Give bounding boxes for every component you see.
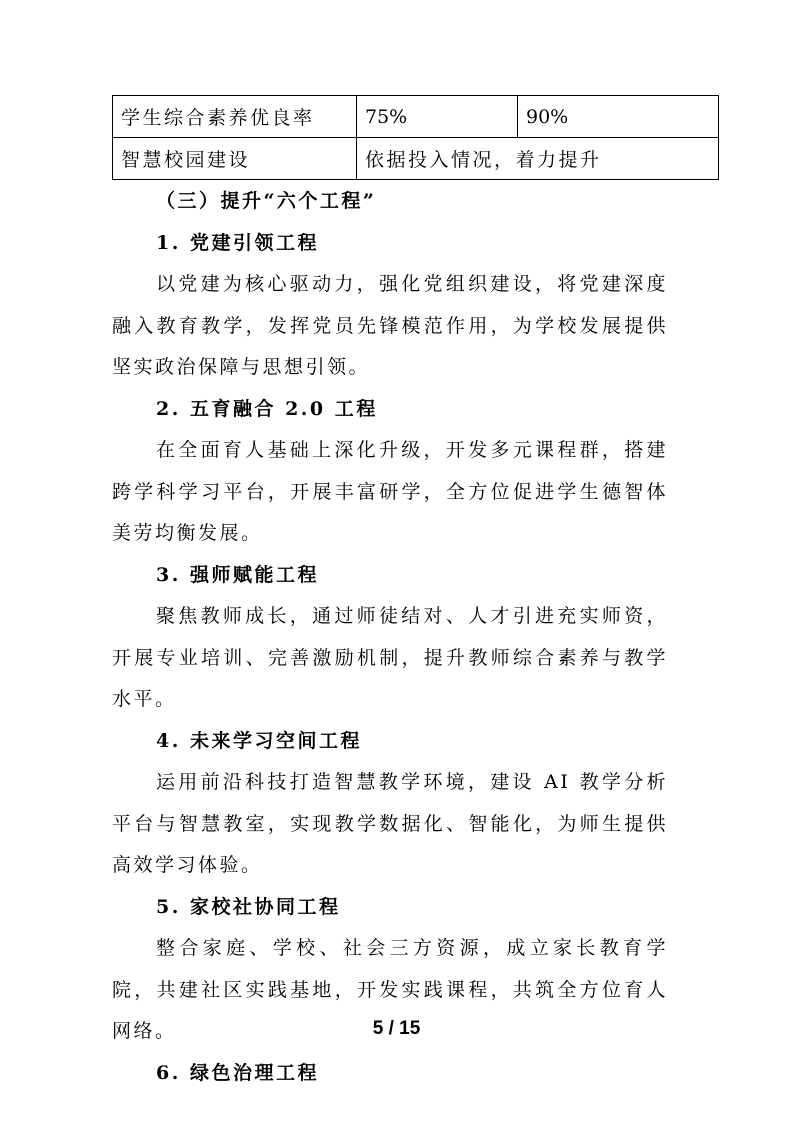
project-body-2: 在全面育人基础上深化升级，开发多元课程群，搭建跨学科学习平台，开展丰富研学，全方… [112, 430, 668, 555]
document-content: 学生综合素养优良率 75% 90% 智慧校园建设 依据投入情况，着力提升 （三）… [112, 95, 668, 1094]
table-cell-current-value: 75% [357, 96, 518, 138]
table-row: 学生综合素养优良率 75% 90% [113, 96, 719, 138]
project-heading-6: 6. 绿色治理工程 [112, 1053, 668, 1095]
project-heading-3: 3. 强师赋能工程 [112, 555, 668, 597]
project-body-4: 运用前沿科技打造智慧教学环境，建设 AI 教学分析平台与智慧教室，实现教学数据化… [112, 762, 668, 887]
project-heading-4: 4. 未来学习空间工程 [112, 721, 668, 763]
section-body: （三）提升“六个工程” 1. 党建引领工程 以党建为核心驱动力，强化党组织建设，… [112, 181, 668, 1094]
page-number: 5 / 15 [0, 1018, 793, 1040]
table-row: 智慧校园建设 依据投入情况，着力提升 [113, 138, 719, 180]
table-cell-target-value: 90% [518, 96, 719, 138]
project-heading-1: 1. 党建引领工程 [112, 223, 668, 265]
project-heading-2: 2. 五育融合 2.0 工程 [112, 389, 668, 431]
table-cell-metric-name: 智慧校园建设 [113, 138, 357, 180]
document-page: 学生综合素养优良率 75% 90% 智慧校园建设 依据投入情况，着力提升 （三）… [0, 0, 793, 1122]
project-body-1: 以党建为核心驱动力，强化党组织建设，将党建深度融入教育教学，发挥党员先锋模范作用… [112, 264, 668, 389]
table-cell-metric-note: 依据投入情况，着力提升 [357, 138, 719, 180]
project-heading-5: 5. 家校社协同工程 [112, 887, 668, 929]
section-heading: （三）提升“六个工程” [112, 181, 668, 223]
table-cell-metric-name: 学生综合素养优良率 [113, 96, 357, 138]
project-body-3: 聚焦教师成长，通过师徒结对、人才引进充实师资，开展专业培训、完善激励机制，提升教… [112, 596, 668, 721]
metrics-table: 学生综合素养优良率 75% 90% 智慧校园建设 依据投入情况，着力提升 [112, 95, 719, 180]
